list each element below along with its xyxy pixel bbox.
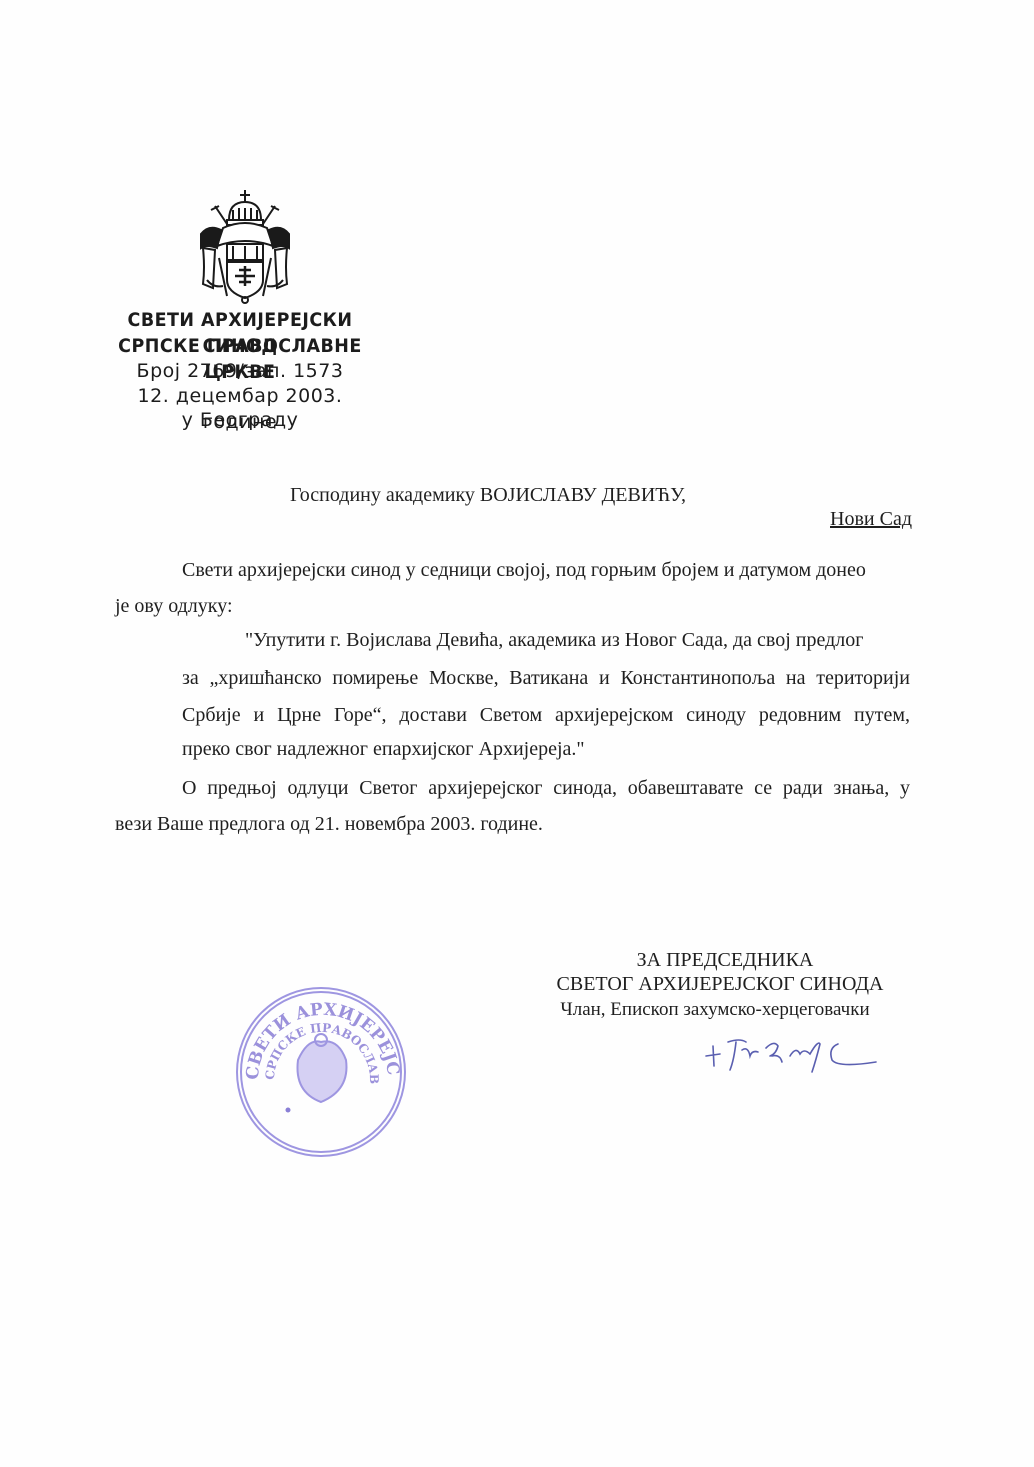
body-intro-line2: је ову одлуку:: [115, 588, 233, 624]
body-intro-line1: Свети архијерејски синод у седници својо…: [182, 552, 910, 588]
quote-line1: "Упутити г. Војислава Девића, академика …: [245, 622, 910, 658]
addressee-city: Нови Сад: [830, 508, 912, 531]
closing-line2: вези Ваше предлога од 21. новембра 2003.…: [115, 806, 543, 842]
quote-line4: преко свог надлежног епархијског Архијер…: [182, 731, 585, 767]
reference-number: Број 2769/зап. 1573: [100, 358, 380, 384]
signature-title-line1: ЗА ПРЕДСЕДНИКА: [520, 948, 930, 972]
handwritten-signature-icon: [700, 1020, 900, 1080]
letter-page: СВЕТИ АРХИЈЕРЕЈСКИ СИНОД СРПСКЕ ПРАВОСЛА…: [0, 0, 1034, 1467]
addressee-name: Господину академику ВОЈИСЛАВУ ДЕВИЋУ,: [290, 484, 686, 507]
quote-line3: Србије и Црне Горе“, достави Светом архи…: [182, 697, 910, 733]
quote-line2: за „хришћанско помирење Москве, Ватикана…: [182, 660, 910, 696]
signature-title-line2: СВЕТОГ АРХИЈЕРЕЈСКОГ СИНОДА: [520, 972, 920, 996]
official-seal-stamp: СВЕТИ АРХИЈЕРЕЈСКИ СИНОД СРПСКЕ ПРАВОСЛА…: [228, 980, 414, 1162]
coat-of-arms-icon: [193, 188, 297, 304]
letter-place: у Београду: [100, 407, 380, 433]
closing-line1: О предњој одлуци Светог архијерејског си…: [182, 770, 910, 806]
signature-title-line3: Члан, Епископ захумско-херцеговачки: [535, 998, 895, 1022]
